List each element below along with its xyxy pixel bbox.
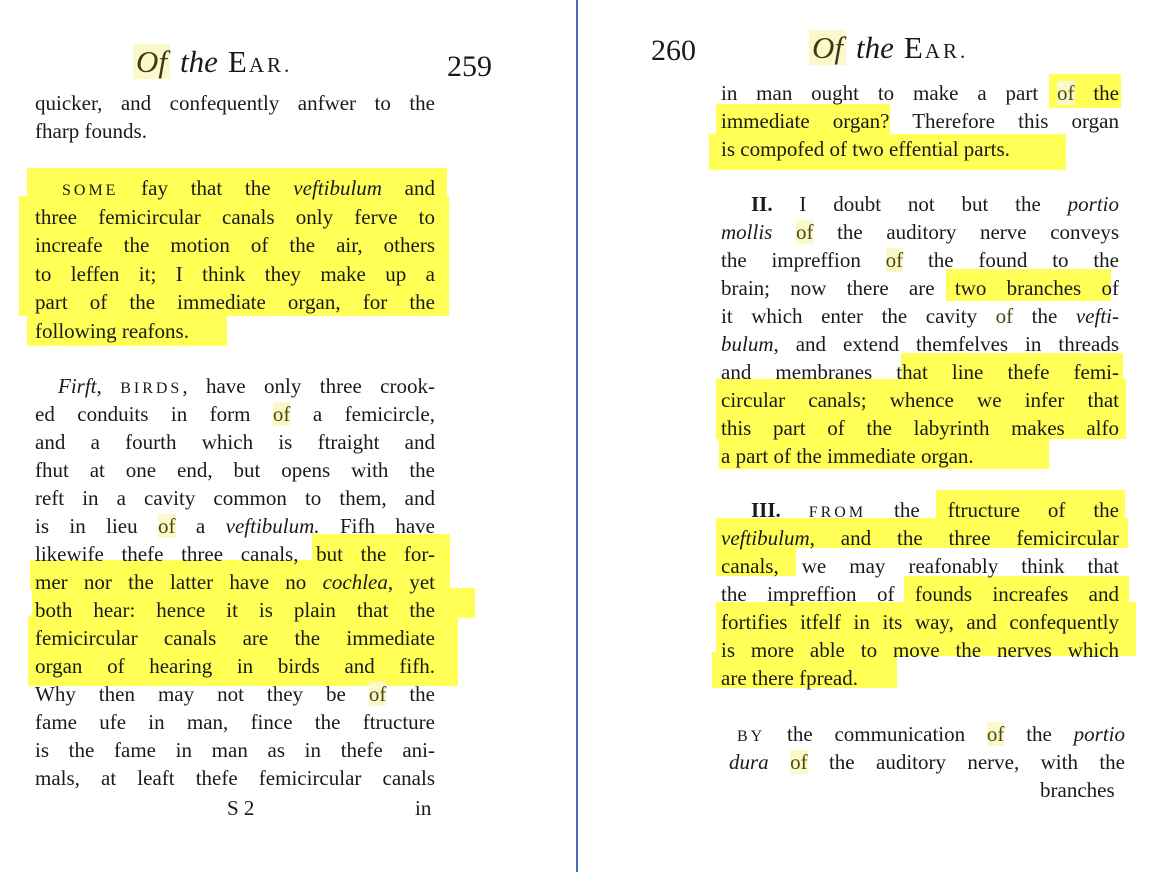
- page-number: 260: [651, 34, 696, 68]
- text-line: brain; now there are two branches of: [721, 274, 1119, 302]
- text-line: to leffen it; I think they make up a: [35, 260, 435, 288]
- text-line: ed conduits in form of a femicircle,: [35, 400, 435, 428]
- text-line: mollis of the auditory nerve conveys: [721, 218, 1119, 246]
- text-line: is more able to move the nerves which: [721, 636, 1119, 664]
- text-line: fhut at one end, but opens with the: [35, 456, 435, 484]
- text-line: dura of the auditory nerve, with the: [729, 748, 1125, 776]
- text-line: fame ufe in man, fince the ftructure: [35, 708, 435, 736]
- left-page: OftheEAR. 259 quicker, and confequently …: [0, 0, 577, 878]
- text-line: and a fourth which is ftraight and: [35, 428, 435, 456]
- text-line: this part of the labyrinth makes alfo: [721, 414, 1119, 442]
- text-line: Firft, BIRDS, have only three crook-: [58, 372, 435, 400]
- text-line: mer nor the latter have no cochlea, yet: [35, 568, 435, 596]
- text-line: both hear: hence it is plain that the: [35, 596, 435, 624]
- text-line: increafe the motion of the air, others: [35, 231, 435, 259]
- right-page: 260 OftheEAR. in man ought to make a par…: [579, 0, 1166, 878]
- text-line: is compofed of two effential parts.: [721, 135, 1010, 163]
- text-line: organ of hearing in birds and fifh.: [35, 652, 435, 680]
- text-line: part of the immediate organ, for the: [35, 288, 435, 316]
- text-line: SOME fay that the veftibulum and: [62, 174, 435, 202]
- text-line: three femicircular canals only ferve to: [35, 203, 435, 231]
- text-line: following reafons.: [35, 317, 189, 345]
- text-line: veftibulum, and the three femicircular: [721, 524, 1119, 552]
- text-line: the impreffion of the found to the: [721, 246, 1119, 274]
- catchword: in: [415, 794, 431, 822]
- text-line: in man ought to make a part of the: [721, 79, 1119, 107]
- text-line: immediate organ? Therefore this organ: [721, 107, 1119, 135]
- text-line: and membranes that line thefe femi-: [721, 358, 1119, 386]
- search-hit: Of: [133, 44, 170, 79]
- text-line: II. I doubt not but the portio: [751, 190, 1119, 218]
- text-line: fortifies itfelf in its way, and confequ…: [721, 608, 1119, 636]
- running-head: OftheEAR.: [809, 30, 968, 66]
- text-line: a part of the immediate organ.: [721, 442, 974, 470]
- text-line: III. FROM the ftructure of the: [751, 496, 1119, 524]
- text-line: the impreffion of founds increafes and: [721, 580, 1119, 608]
- text-line: canals, we may reafonably think that: [721, 552, 1119, 580]
- text-line: mals, at leaft thefe femicircular canals: [35, 764, 435, 792]
- signature-mark: S 2: [227, 794, 254, 822]
- text-line: Why then may not they be of the: [35, 680, 435, 708]
- search-hit: Of: [809, 30, 846, 65]
- text-line: are there fpread.: [721, 664, 858, 692]
- text-line: bulum, and extend themfelves in threads: [721, 330, 1119, 358]
- catchword: branches: [1040, 776, 1115, 804]
- text-line: it which enter the cavity of the vefti-: [721, 302, 1119, 330]
- running-head: OftheEAR.: [133, 44, 292, 80]
- text-line: likewife thefe three canals, but the for…: [35, 540, 435, 568]
- text-line: circular canals; whence we infer that: [721, 386, 1119, 414]
- text-line: is the fame in man as in thefe ani-: [35, 736, 435, 764]
- text-line: BY the communication of the portio: [737, 720, 1125, 748]
- text-line: fharp founds.: [35, 117, 147, 145]
- text-line: is in lieu of a veftibulum. Fifh have: [35, 512, 435, 540]
- page-number: 259: [447, 50, 492, 84]
- text-line: reft in a cavity common to them, and: [35, 484, 435, 512]
- text-line: quicker, and confequently anfwer to the: [35, 89, 435, 117]
- text-line: femicircular canals are the immediate: [35, 624, 435, 652]
